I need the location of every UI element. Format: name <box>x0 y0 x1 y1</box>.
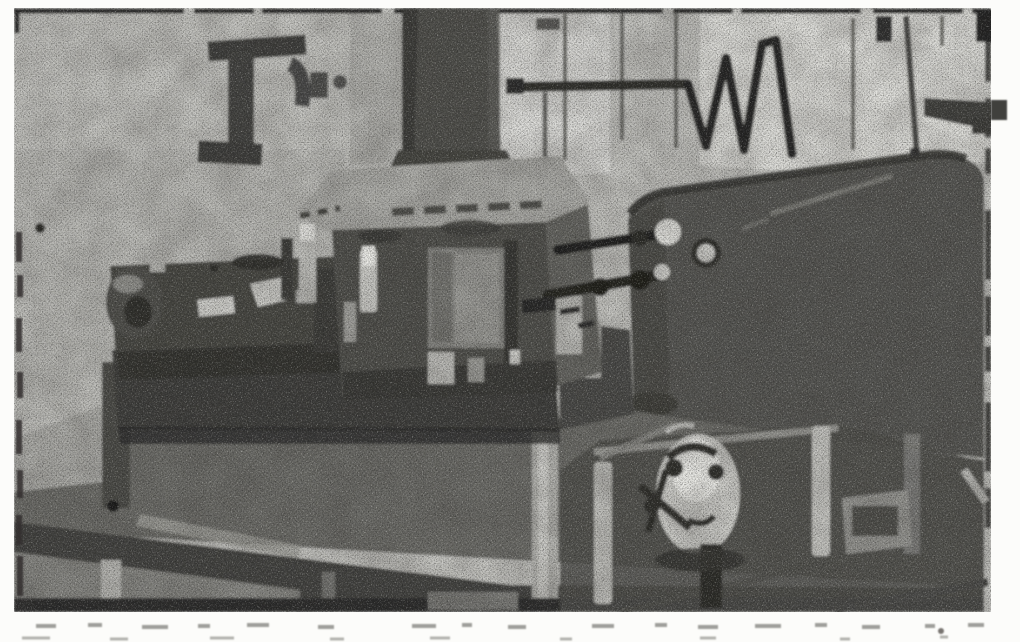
margin-dash-row-1 <box>36 625 984 627</box>
photo-canvas: light plank wall behind the bench dark e… <box>0 0 1020 642</box>
halftone-photograph: Old halftone photograph: a boxy metal in… <box>0 0 1020 642</box>
bar-overflow <box>991 100 1007 120</box>
halftone-grain <box>14 8 991 612</box>
margin-dash-row-2 <box>22 637 948 639</box>
halftone-screen <box>14 8 991 612</box>
margin-speck <box>938 628 944 634</box>
